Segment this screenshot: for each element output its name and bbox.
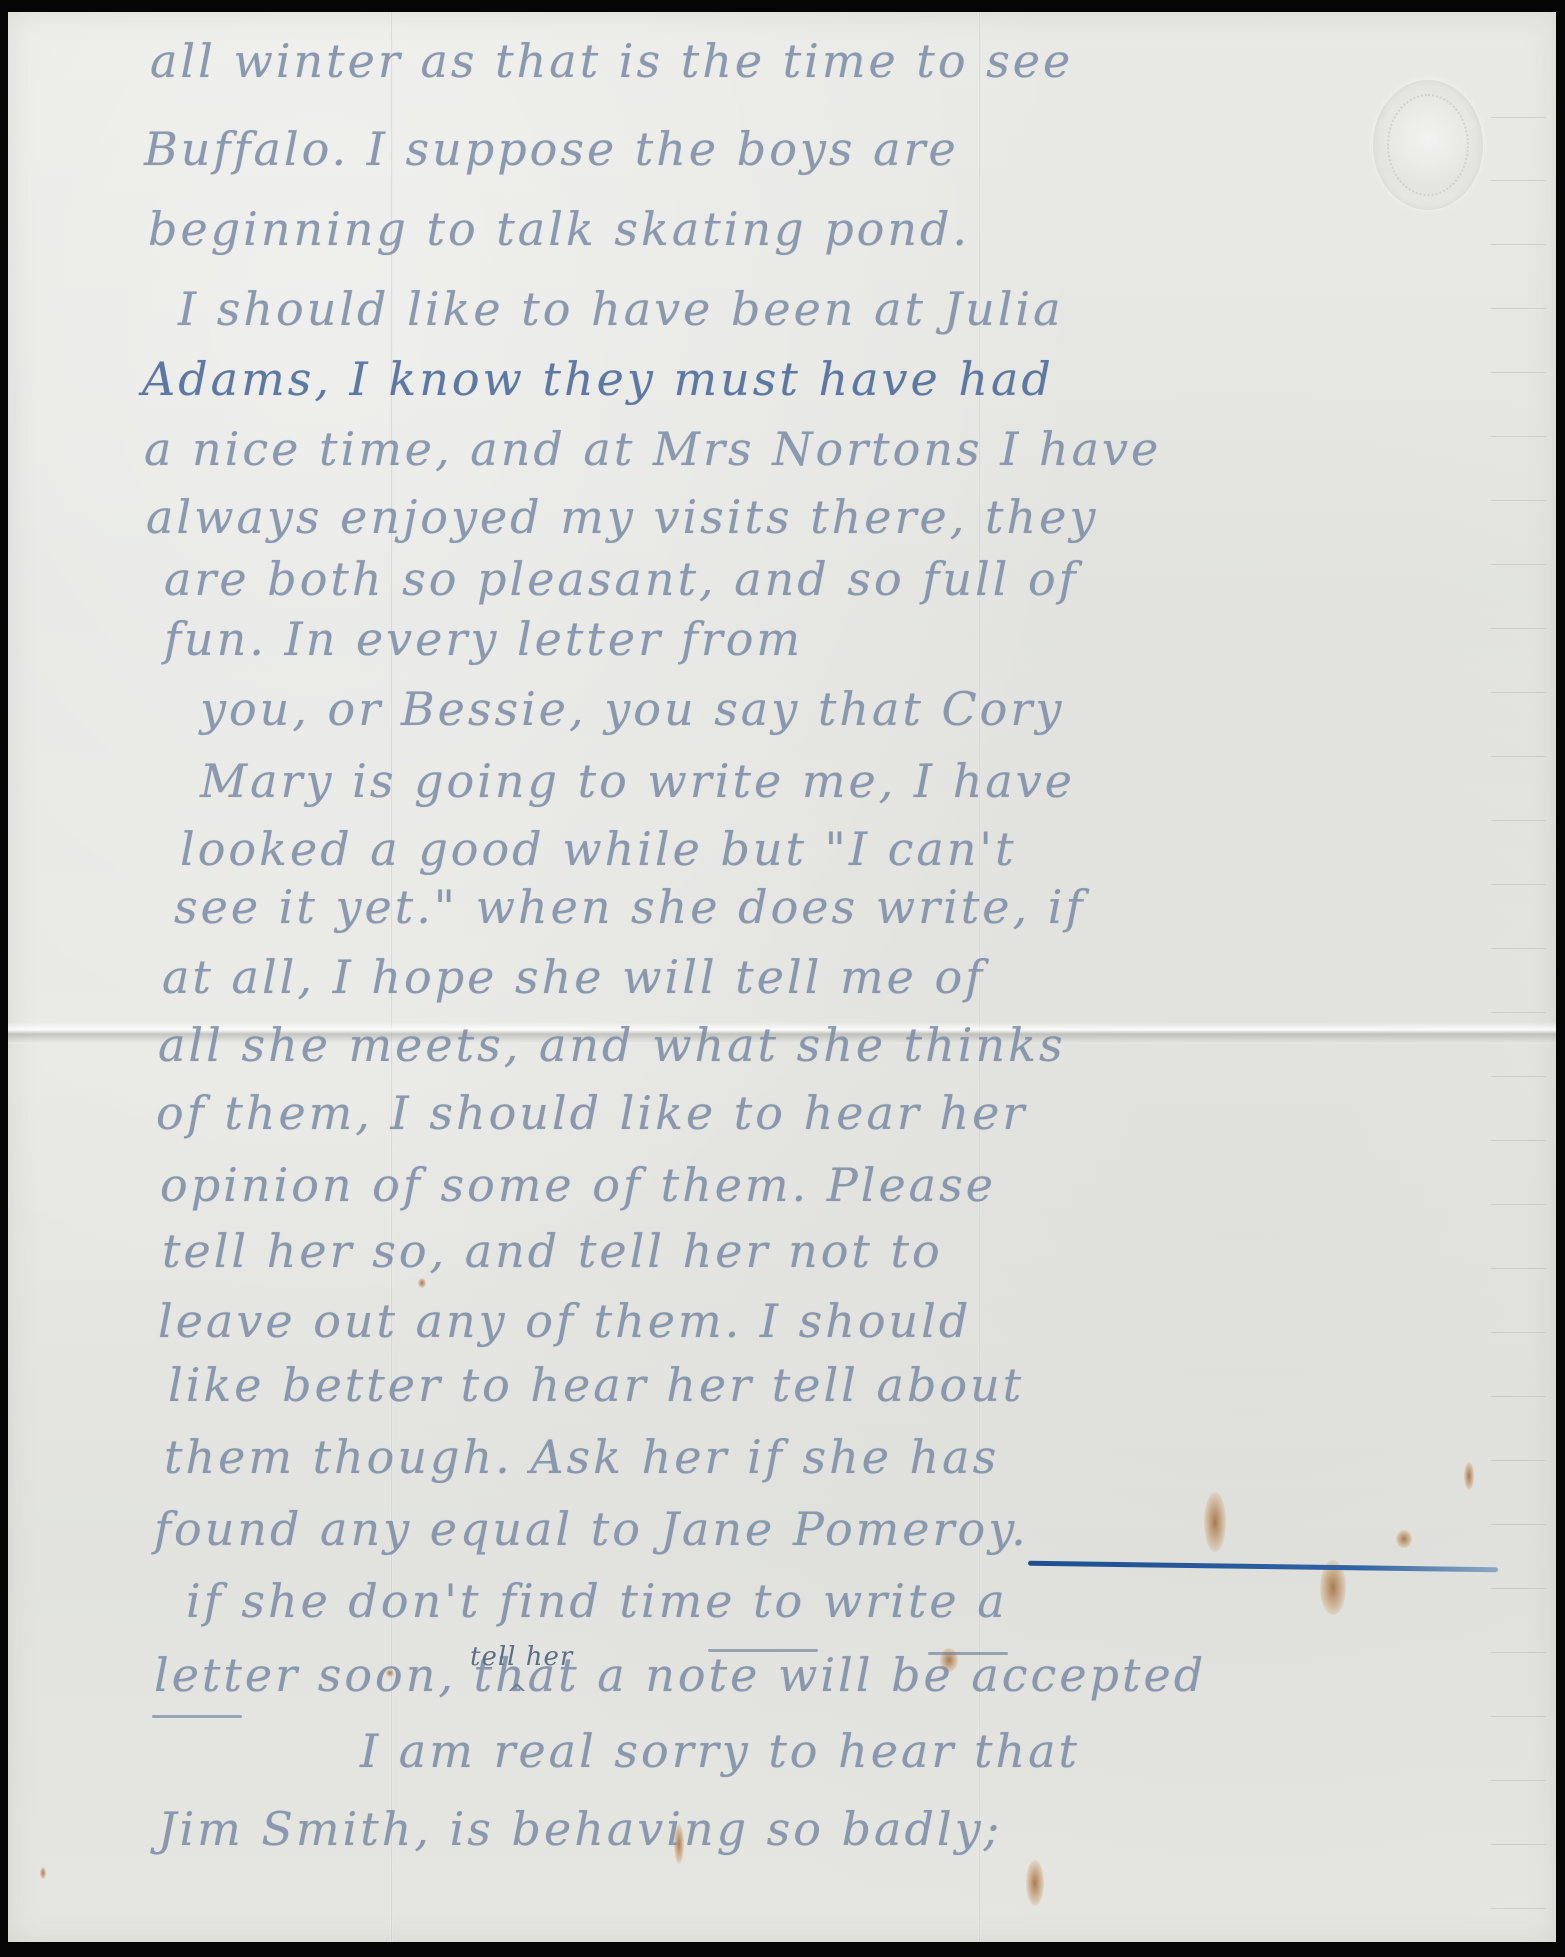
underline-letter — [152, 1715, 242, 1718]
letter-line: looked a good while but "I can't — [180, 822, 1017, 876]
letter-line: always enjoyed my visits there, they — [146, 490, 1098, 544]
underline-time — [928, 1652, 1008, 1655]
letter-line: tell her so, and tell her not to — [162, 1224, 943, 1278]
letter-line: fun. In every letter from — [164, 612, 803, 666]
letter-line: leave out any of them. I should — [158, 1294, 971, 1348]
embossed-seal — [1373, 80, 1483, 210]
letter-line: Jim Smith, is behaving so badly; — [158, 1802, 1002, 1856]
letter-line: beginning to talk skating pond. — [148, 202, 970, 256]
rust-stain — [1464, 1462, 1474, 1490]
letter-line: you, or Bessie, you say that Cory — [200, 682, 1064, 736]
letter-line: them though. Ask her if she has — [164, 1430, 999, 1484]
insertion-caret: ^ — [506, 1680, 528, 1710]
letter-line: like better to hear her tell about — [168, 1358, 1024, 1412]
ruled-line-marks — [1486, 12, 1546, 1942]
letter-line: I should like to have been at Julia — [178, 282, 1064, 336]
blue-pencil-underline-jane-pomeroy — [1028, 1561, 1498, 1573]
letter-line: of them, I should like to hear her — [156, 1086, 1027, 1140]
letter-line: found any equal to Jane Pomeroy. — [154, 1502, 1029, 1556]
letter-line: if she don't find time to write a — [186, 1574, 1008, 1628]
underline-find — [708, 1649, 818, 1652]
rust-stain — [418, 1278, 426, 1288]
letter-line: all she meets, and what she thinks — [158, 1018, 1066, 1072]
letter-line: see it yet." when she does write, if — [174, 880, 1086, 934]
rust-stain — [1396, 1530, 1412, 1548]
inserted-text: tell her — [470, 1642, 573, 1672]
letter-line: I am real sorry to hear that — [360, 1724, 1080, 1778]
letter-line: opinion of some of them. Please — [160, 1158, 996, 1212]
letter-line: Mary is going to write me, I have — [200, 754, 1075, 808]
rust-stain — [1026, 1860, 1044, 1906]
letter-line: Adams, I know they must have had — [142, 352, 1054, 406]
rust-stain — [40, 1867, 46, 1879]
letter-line: a nice time, and at Mrs Nortons I have — [144, 422, 1161, 476]
letter-line: at all, I hope she will tell me of — [162, 950, 985, 1004]
letter-line: Buffalo. I suppose the boys are — [144, 122, 959, 176]
letter-page: all winter as that is the time to see Bu… — [8, 12, 1556, 1942]
rust-stain — [1204, 1492, 1226, 1552]
letter-line: are both so pleasant, and so full of — [164, 552, 1079, 606]
letter-line: letter soon, that a note will be accepte… — [154, 1648, 1206, 1702]
letter-line: all winter as that is the time to see — [150, 34, 1073, 88]
